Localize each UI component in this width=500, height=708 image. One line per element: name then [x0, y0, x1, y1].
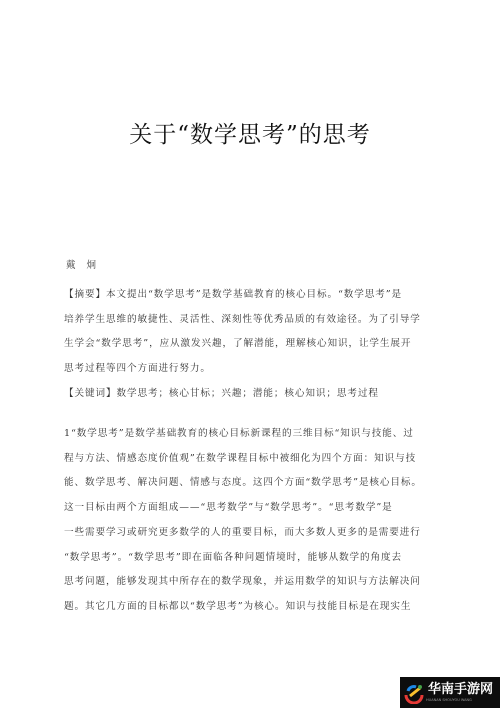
- body-line: 思考问题，能够发现其中所存在的数学现象，并运用数学的知识与方法解决问: [64, 570, 436, 595]
- body-line: 程与方法、情感态度价值观”在数学课程目标中被细化为四个方面：知识与技: [64, 447, 436, 472]
- abstract-line: 【摘要】本文提出“数学思考”是数学基础教育的核心目标。“数学思考”是: [64, 283, 436, 308]
- keywords-paragraph: 【关键词】数学思考；核心甘标；兴趣；潜能；核心知识；思考过程: [64, 382, 436, 407]
- body-line: 题。其它几方面的目标都以“数学思考”为核心。知识与技能目标是在现实生: [64, 595, 436, 620]
- body-line: 一些需要学习或研究更多数学的人的重要目标，而大多数人更多的是需要进行: [64, 521, 436, 546]
- watermark-name: 华南手游网: [428, 683, 493, 696]
- site-logo-icon: [402, 682, 426, 704]
- watermark-subtitle: HUANAN SHOUYOU WANG: [426, 698, 493, 702]
- body-line: 能、数学思考、解决问题、情感与态度。这四个方面“数学思考”是核心目标。: [64, 471, 436, 496]
- abstract-line: 生学会“数学思考”，应从激发兴趣，了解潜能，理解核心知识，让学生展开: [64, 332, 436, 357]
- body-line: 这一目标由两个方面组成——“思考数学”与“数学思考”。“思考数学”是: [64, 496, 436, 521]
- body-line: “数学思考”。“数学思考”即在面临各种问题情境时，能够从数学的角度去: [64, 546, 436, 571]
- keywords-line: 【关键词】数学思考；核心甘标；兴趣；潜能；核心知识；思考过程: [64, 382, 436, 407]
- site-watermark: 华南手游网 HUANAN SHOUYOU WANG: [400, 677, 500, 708]
- document-title: 关于“数学思考”的思考: [0, 116, 500, 149]
- abstract-paragraph: 【摘要】本文提出“数学思考”是数学基础教育的核心目标。“数学思考”是 培养学生思…: [64, 283, 436, 382]
- body-line: 1“数学思考”是数学基础教育的核心目标新课程的三维目标“知识与技能、过: [64, 422, 436, 447]
- abstract-line: 思考过程等四个方面进行努力。: [64, 357, 436, 382]
- author-name: 戴 炯: [66, 257, 100, 271]
- body-paragraph: 1“数学思考”是数学基础教育的核心目标新课程的三维目标“知识与技能、过 程与方法…: [64, 422, 436, 620]
- abstract-line: 培养学生思维的敏捷性、灵活性、深刻性等优秀品质的有效途径。为了引导学: [64, 308, 436, 333]
